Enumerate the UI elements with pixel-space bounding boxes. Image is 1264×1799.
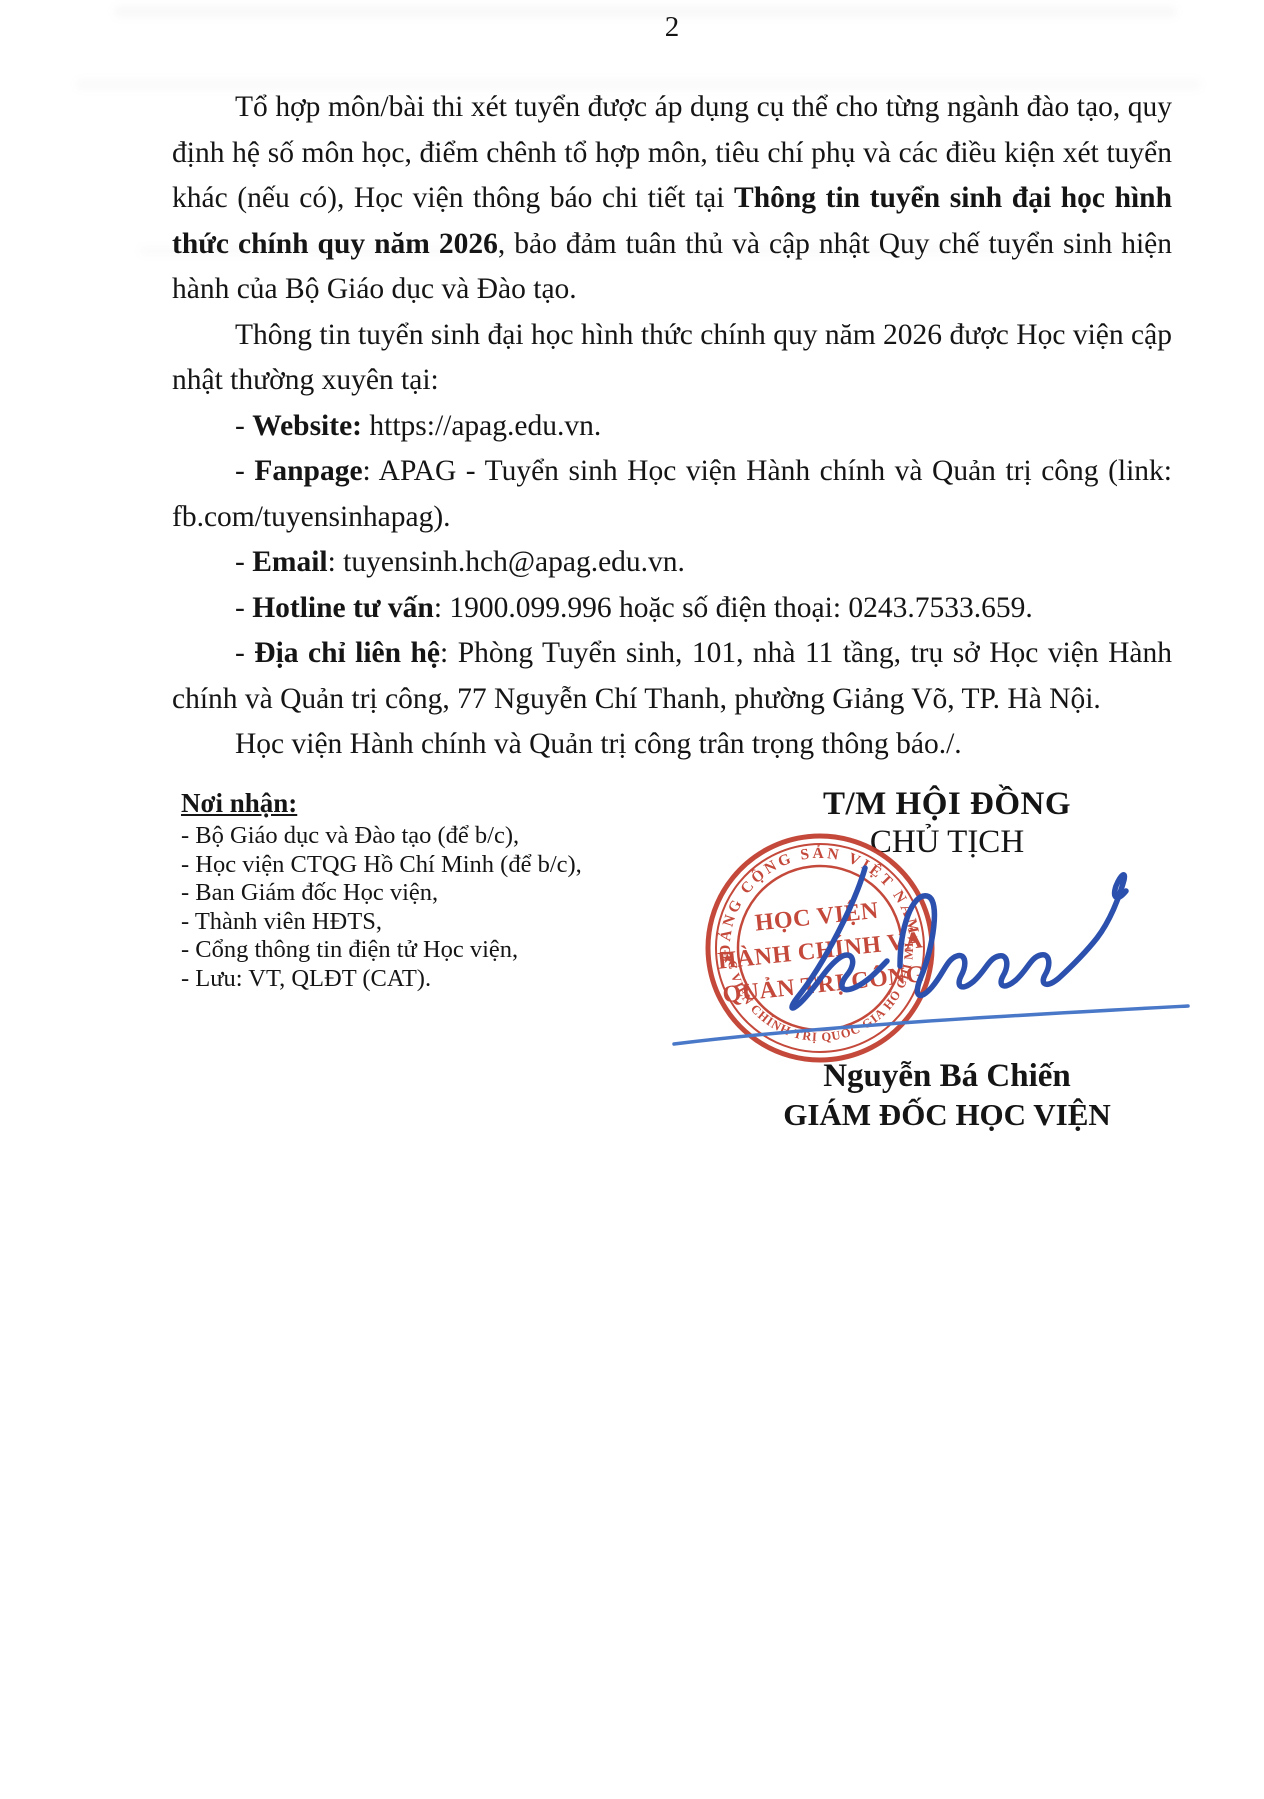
dash: -: [235, 455, 254, 487]
dash: -: [235, 410, 252, 442]
contact-email: - Email: tuyensinh.hch@apag.edu.vn.: [172, 540, 1172, 586]
signature-ink: [600, 828, 1200, 1073]
recipients-heading: Nơi nhận:: [181, 786, 651, 820]
recipient-item: - Bộ Giáo dục và Đào tạo (để b/c),: [181, 822, 651, 851]
contact-email-label: Email: [252, 546, 327, 578]
dash: -: [235, 637, 254, 669]
recipient-item: - Học viện CTQG Hồ Chí Minh (để b/c),: [181, 851, 651, 880]
document-page: 2 Tổ hợp môn/bài thi xét tuyển được áp d…: [0, 0, 1264, 1799]
contact-address-label: Địa chỉ liên hệ: [254, 637, 440, 669]
contact-hotline-value: : 1900.099.996 hoặc số điện thoại: 0243.…: [434, 592, 1033, 624]
recipient-item: - Ban Giám đốc Học viện,: [181, 879, 651, 908]
contact-fanpage: - Fanpage: APAG - Tuyển sinh Học viện Hà…: [172, 449, 1172, 540]
signer-title: GIÁM ĐỐC HỌC VIỆN: [716, 1096, 1178, 1134]
contact-hotline-label: Hotline tư vấn: [252, 592, 434, 624]
recipient-item: - Cổng thông tin điện tử Học viện,: [181, 936, 651, 965]
contact-email-value: : tuyensinh.hch@apag.edu.vn.: [328, 546, 685, 578]
paragraph-intro: Tổ hợp môn/bài thi xét tuyển được áp dụn…: [172, 85, 1172, 313]
dash: -: [235, 546, 252, 578]
signature-flourish-stroke: [900, 875, 1126, 996]
on-behalf-line: T/M HỘI ĐỒNG: [716, 785, 1178, 823]
contact-website-value: https://apag.edu.vn.: [362, 410, 601, 442]
signer-name: Nguyễn Bá Chiến: [716, 1057, 1178, 1096]
dash: -: [235, 592, 252, 624]
recipient-item: - Lưu: VT, QLĐT (CAT).: [181, 965, 651, 994]
contact-website-label: Website:: [252, 410, 362, 442]
signer-block: Nguyễn Bá Chiến GIÁM ĐỐC HỌC VIỆN: [716, 1057, 1178, 1134]
closing-line: Học viện Hành chính và Quản trị công trâ…: [172, 722, 1172, 768]
contact-website: - Website: https://apag.edu.vn.: [172, 404, 1172, 450]
page-number: 2: [172, 10, 1172, 44]
recipient-item: - Thành viên HĐTS,: [181, 908, 651, 937]
contact-hotline: - Hotline tư vấn: 1900.099.996 hoặc số đ…: [172, 586, 1172, 632]
contact-fanpage-label: Fanpage: [254, 455, 362, 487]
contact-address: - Địa chỉ liên hệ: Phòng Tuyển sinh, 101…: [172, 631, 1172, 722]
recipients-block: Nơi nhận: - Bộ Giáo dục và Đào tạo (để b…: [181, 786, 651, 993]
signature-initial-stroke: [792, 868, 887, 1008]
signature-underline: [674, 1006, 1188, 1044]
document-body: Tổ hợp môn/bài thi xét tuyển được áp dụn…: [172, 85, 1172, 768]
paragraph-update: Thông tin tuyển sinh đại học hình thức c…: [172, 313, 1172, 404]
